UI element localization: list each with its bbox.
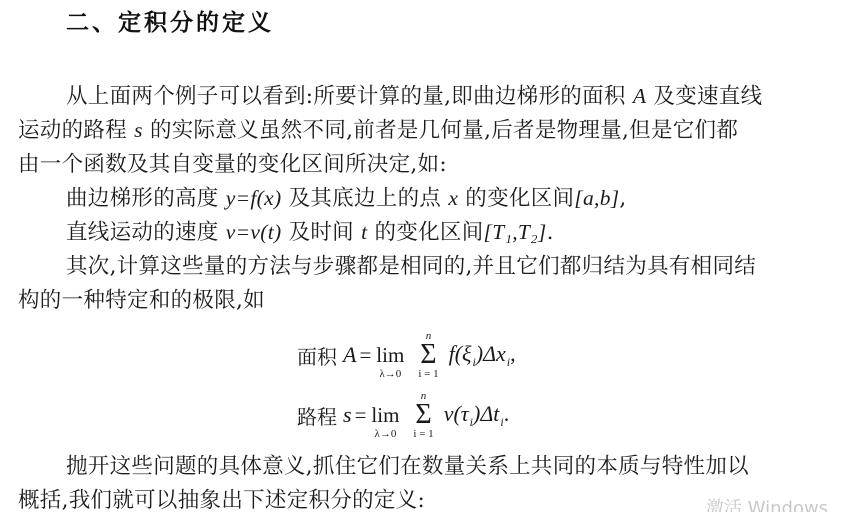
formula-body: v(τi)Δti.: [444, 401, 510, 430]
paragraph-line-8: 抛开这些问题的具体意义,抓住它们在数量关系上共同的本质与特性加以: [66, 449, 749, 480]
formula-lhs: A: [343, 342, 356, 368]
paragraph-line-3: 由一个函数及其自变量的变化区间所决定,如:: [18, 147, 447, 178]
limit-operator: lim λ→0: [371, 404, 399, 440]
paragraph-line-7: 构的一种特定和的极限,如: [18, 283, 265, 314]
paragraph-line-5: 直线运动的速度 v=v(t) 及时间 t 的变化区间[T₁,T₂].: [66, 215, 554, 246]
formula-area: 面积 A = lim λ→0 n Σ i = 1 f(ξi)Δxi,: [297, 330, 516, 380]
paragraph-line-6: 其次,计算这些量的方法与步骤都是相同的,并且它们都归结为具有相同结: [66, 249, 756, 280]
paragraph-line-2: 运动的路程 s 的实际意义虽然不同,前者是几何量,后者是物理量,但是它们都: [18, 113, 738, 144]
limit-operator: lim λ→0: [376, 344, 404, 380]
paragraph-line-4: 曲边梯形的高度 y=f(x) 及其底边上的点 x 的变化区间[a,b],: [66, 181, 627, 212]
summation-operator: n Σ i = 1: [413, 390, 433, 440]
formula-body: f(ξi)Δxi,: [449, 341, 516, 370]
math-var-x: x: [448, 186, 458, 210]
math-expr-velocity: v=v(t): [226, 220, 282, 244]
section-heading: 二、定积分的定义: [66, 4, 274, 37]
math-var-s: s: [134, 118, 143, 142]
paragraph-line-9: 概括,我们就可以抽象出下述定积分的定义:: [18, 483, 425, 512]
formula-label: 面积: [297, 341, 337, 370]
equals-sign: =: [355, 403, 367, 428]
equals-sign: =: [359, 343, 371, 368]
summation-operator: n Σ i = 1: [418, 330, 438, 380]
paragraph-line-1: 从上面两个例子可以看到:所要计算的量,即曲边梯形的面积 A 及变速直线: [66, 79, 762, 110]
math-interval-ab: [a,b]: [574, 186, 619, 210]
formula-lhs: s: [343, 402, 352, 428]
formula-distance: 路程 s = lim λ→0 n Σ i = 1 v(τi)Δti.: [297, 390, 509, 440]
windows-activation-watermark: 激活 Windows: [706, 494, 828, 512]
formula-label: 路程: [297, 401, 337, 430]
math-interval-T: [T₁,T₂]: [484, 220, 547, 244]
math-var-A: A: [633, 84, 646, 108]
math-expr-height: y=f(x): [226, 186, 282, 210]
